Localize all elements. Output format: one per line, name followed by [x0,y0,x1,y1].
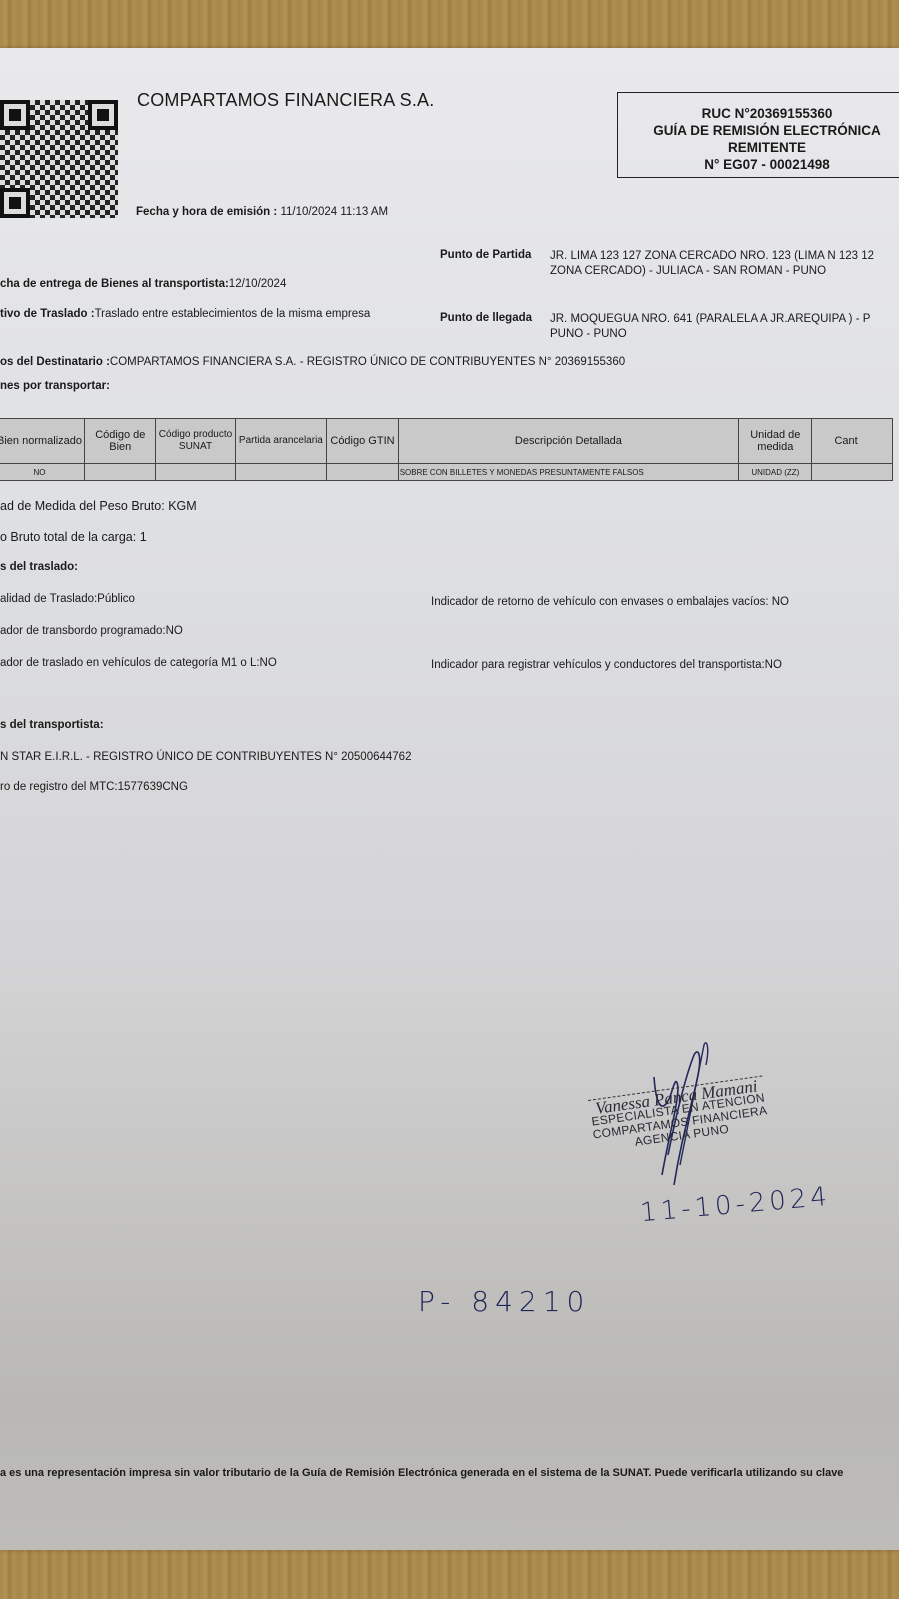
transfer-mode: alidad de Traslado:Público [0,593,135,605]
company-name: COMPARTAMOS FINANCIERA S.A. [137,90,434,111]
return-indicator: Indicador de retorno de vehículo con env… [431,596,789,608]
issue-date: Fecha y hora de emisión : 11/10/2024 11:… [136,206,388,218]
weight-unit: ad de Medida del Peso Bruto: KGM [0,499,197,513]
ruc-number: RUC N°20369155360 [618,105,899,122]
origin-label: Punto de Partida [440,249,531,261]
col-gtin: Código GTIN [327,419,398,464]
table-row: NO SOBRE CON BILLETES Y MONEDAS PRESUNTA… [0,464,893,481]
handwritten-reference: P- 84210 [418,1285,590,1318]
delivery-date: cha de entrega de Bienes al transportist… [0,278,286,290]
qr-finder-icon [88,100,118,130]
weight-total: o Bruto total de la carga: 1 [0,530,147,544]
footer-disclaimer: a es una representación impresa sin valo… [0,1467,843,1479]
destination-label: Punto de llegada [440,312,532,324]
document-subtype: REMITENTE [618,139,899,156]
col-descripcion: Descripción Detallada [398,419,738,464]
qr-finder-icon [0,100,30,130]
origin-address: JR. LIMA 123 127 ZONA CERCADO NRO. 123 (… [550,249,874,279]
ruc-box: RUC N°20369155360 GUÍA DE REMISIÓN ELECT… [617,92,899,178]
col-unidad: Unidad de medida [739,419,812,464]
col-codigo-sunat: Código producto SUNAT [156,419,235,464]
m1-category-indicator: ador de traslado en vehículos de categor… [0,657,277,669]
col-partida: Partida arancelaria [235,419,327,464]
table-header-row: Bien normalizado Código de Bien Código p… [0,419,893,464]
qr-code [0,100,118,218]
goods-section-title: nes por transportar: [0,380,110,392]
items-table: Bien normalizado Código de Bien Código p… [0,418,893,481]
recipient: os del Destinatario :COMPARTAMOS FINANCI… [0,356,625,368]
col-cantidad: Cant [812,419,893,464]
transfer-section-title: s del traslado: [0,561,78,573]
transfer-reason: tivo de Traslado :Traslado entre estable… [0,308,370,320]
carrier-mtc: ro de registro del MTC:1577639CNG [0,781,188,793]
carrier-section-title: s del transportista: [0,719,104,731]
document-type: GUÍA DE REMISIÓN ELECTRÓNICA [618,122,899,139]
transshipment-indicator: ador de transbordo programado:NO [0,625,183,637]
destination-address: JR. MOQUEGUA NRO. 641 (PARALELA A JR.ARE… [550,312,870,342]
register-indicator: Indicador para registrar vehículos y con… [431,659,782,671]
document-number: N° EG07 - 00021498 [618,156,899,173]
carrier-name-ruc: N STAR E.I.R.L. - REGISTRO ÚNICO DE CONT… [0,751,411,763]
col-codigo-bien: Código de Bien [85,419,156,464]
qr-finder-icon [0,188,30,218]
col-bien-normalizado: Bien normalizado [0,419,85,464]
